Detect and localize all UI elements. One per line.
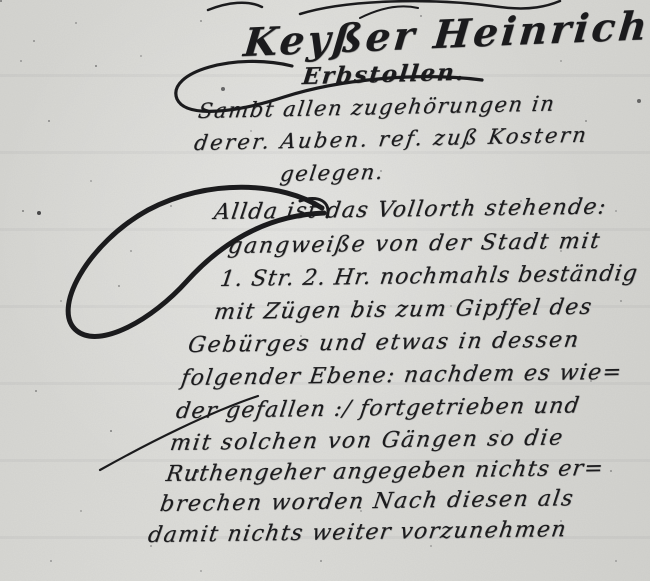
body-line: Ruthengeher angegeben nichts er= [164,456,605,487]
body-line: mit solchen von Gängen so die [168,426,565,457]
note-line: gelegen. [279,160,386,186]
manuscript-page: Keyßer Heinrich Erbstollen. Sambt allen … [0,0,650,581]
heading-title: Keyßer Heinrich [241,3,650,66]
note-line: derer. Auben. ref. zuß Kostern [193,123,590,155]
note-line: Sambt allen zugehörungen in [197,92,557,124]
body-line: 1. Str. 2. Hr. nochmahls beständig [218,261,639,292]
heading-subtitle: Erbstollen. [301,59,468,90]
body-line: folgender Ebene: nachdem es wie= [179,360,624,391]
body-line: der gefallen :/ fortgetrieben und [174,393,581,424]
body-line: brechen worden Nach diesen als [158,486,576,517]
ink-specks [0,0,2,2]
top-edge-stroke [208,3,262,10]
body-line: Gebürges und etwas in dessen [186,328,581,359]
body-line: Allda ist das Vollorth stehende: [212,195,608,226]
body-line: gangweiße von der Stadt mit [226,229,602,259]
body-line: damit nichts weiter vorzunehmen [146,517,568,548]
body-line: mit Zügen bis zum Gipffel des [212,295,594,325]
